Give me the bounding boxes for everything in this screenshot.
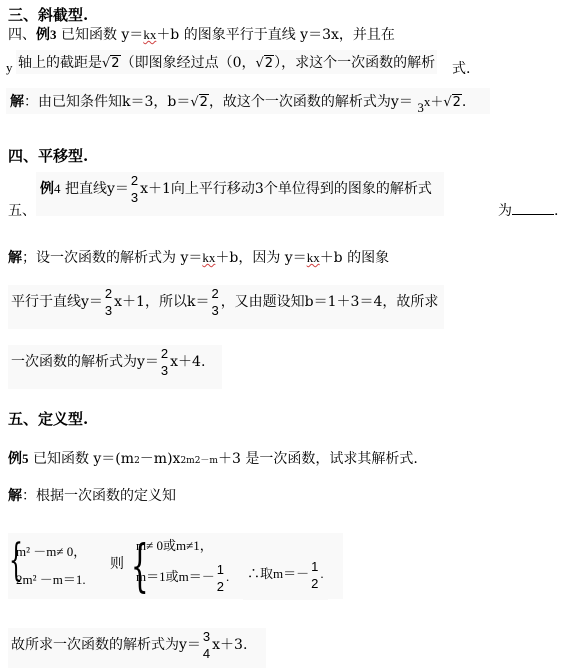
- numerator: 2: [105, 287, 112, 302]
- numerator: 2: [131, 174, 138, 189]
- sqrt-symbol: √2: [190, 94, 209, 110]
- kx: kx: [307, 250, 320, 265]
- numerator: 1: [311, 560, 318, 575]
- sqrt-symbol: √2: [443, 94, 462, 110]
- solution-label: 解: [10, 94, 24, 110]
- text: ：根据一次函数的定义知: [22, 488, 176, 504]
- text: （即图象经过点（0，: [121, 55, 256, 71]
- system2-line2: m＝1或m＝－12.: [136, 563, 229, 593]
- text: x＋1向上平行移动3个单位得到的图象的解析式: [140, 181, 432, 197]
- solution-label: 解: [8, 250, 22, 266]
- text: ＋b 的图象平行于直线 y＝3x，并且在: [156, 27, 395, 43]
- example-4-question: 例4 把直线y＝23x＋1向上平行移动3个单位得到的图象的解析式: [36, 172, 444, 216]
- sqrt-symbol: √2: [102, 55, 121, 71]
- prefix: 四、: [8, 27, 36, 43]
- text: .: [462, 94, 466, 110]
- text: 已知函数 y＝: [61, 27, 143, 43]
- system2-line1: m≠ 0或m≠1，: [136, 535, 213, 554]
- answer-blank[interactable]: [512, 202, 554, 215]
- denominator: 3: [131, 189, 138, 204]
- numerator: 3: [203, 630, 210, 645]
- fraction: 34: [203, 630, 210, 660]
- example-5-question: 例5 已知函数 y＝(m2－m)x2m2－m＋3 是一次函数，试求其解析式.: [8, 448, 418, 468]
- text: ＋3 是一次函数，试求其解析式.: [218, 451, 418, 467]
- fraction: 23: [131, 174, 138, 204]
- example-label: 例: [40, 181, 54, 197]
- text: 一次函数的解析式为y＝: [11, 354, 159, 370]
- text: 把直线y＝: [65, 181, 129, 197]
- section-4-heading: 四、平移型.: [8, 145, 88, 166]
- numerator: 2: [211, 287, 218, 302]
- section-5-heading: 五、定义型.: [8, 408, 88, 429]
- system1-line2: 2m² －m＝1.: [16, 569, 86, 588]
- example-4-solution-line1: 解；设一次函数的解析式为 y＝kx＋b，因为 y＝kx＋b 的图象: [8, 247, 389, 267]
- text: .: [226, 569, 229, 584]
- fraction: 12: [217, 563, 224, 593]
- text: ：由已知条件知k＝3，b＝: [24, 94, 190, 110]
- exponent: 2m2－m: [180, 456, 218, 466]
- therefore-statement: ∴取m＝－12.: [243, 560, 328, 600]
- numerator: 2: [161, 347, 168, 362]
- denominator: 3: [161, 362, 168, 377]
- text: ），求这个一次函数的解析: [274, 55, 435, 71]
- text: 故所求一次函数的解析式为y＝: [11, 637, 201, 653]
- solution-label: 解: [8, 488, 22, 504]
- prefix: 五、: [8, 200, 36, 220]
- text: 平行于直线y＝: [11, 294, 103, 310]
- example-3-line2: 轴上的截距是√2（即图象经过点（0，√2），求这个一次函数的解析: [16, 50, 437, 74]
- example-3-line1: 四、例3 已知函数 y＝kx＋b 的图象平行于直线 y＝3x，并且在: [8, 24, 395, 44]
- text: ＋b，因为 y＝: [215, 250, 306, 266]
- text: x＋1，所以k＝: [114, 294, 209, 310]
- text: ∴取m＝－: [247, 566, 309, 581]
- text: 式.: [452, 58, 470, 78]
- radicand: 2: [264, 55, 274, 71]
- denominator: 4: [203, 645, 210, 660]
- numerator: 1: [217, 563, 224, 578]
- fraction: 12: [311, 560, 318, 590]
- denominator: 2: [311, 575, 318, 590]
- y-char: y: [6, 60, 13, 76]
- text: .: [554, 203, 558, 219]
- denominator: 2: [217, 578, 224, 593]
- example-4-solution-line2: 平行于直线y＝23x＋1，所以k＝23，又由题设知b＝1＋3＝4，故所求: [8, 285, 444, 329]
- fraction: 23: [161, 347, 168, 377]
- text: －m)x: [140, 451, 181, 467]
- text: .: [320, 566, 323, 581]
- kx: kx: [143, 27, 156, 42]
- subscript: 3: [417, 100, 424, 115]
- text: 轴上的截距是: [18, 55, 102, 71]
- sqrt-symbol: √2: [256, 55, 275, 71]
- answer-blank-line: 为.: [498, 200, 558, 220]
- kx: kx: [202, 250, 215, 265]
- text: 为: [498, 203, 512, 219]
- section-3-heading: 三、斜截型.: [8, 4, 88, 25]
- radicand: 2: [452, 94, 462, 110]
- example-5-solution-intro: 解：根据一次函数的定义知: [8, 485, 176, 505]
- text: ，故这个一次函数的解析式为y＝: [209, 94, 413, 110]
- text: 已知函数 y＝(m: [33, 451, 134, 467]
- radicand: 2: [199, 94, 209, 110]
- example-4-solution-line3: 一次函数的解析式为y＝23x＋4.: [8, 345, 222, 389]
- text: ，又由题设知b＝1＋3＝4，故所求: [221, 294, 439, 310]
- denominator: 3: [211, 302, 218, 317]
- example-label: 例: [36, 27, 50, 43]
- text: x＋: [424, 94, 444, 109]
- text: ＋b 的图象: [320, 250, 389, 266]
- fraction: 23: [105, 287, 112, 317]
- example-number: 4: [54, 181, 61, 196]
- text: x＋3.: [212, 637, 247, 653]
- denominator: 3: [105, 302, 112, 317]
- radicand: 2: [110, 55, 120, 71]
- system1-line1: m² －m≠ 0，: [16, 541, 86, 560]
- example-number: 3: [50, 27, 57, 42]
- final-answer: 故所求一次函数的解析式为y＝34x＋3.: [8, 628, 266, 668]
- example-3-solution: 解：由已知条件知k＝3，b＝√2，故这个一次函数的解析式为y＝ 3x＋√2.: [6, 88, 490, 114]
- example-number: 5: [22, 451, 29, 466]
- text: x＋4.: [170, 354, 205, 370]
- text: m＝1或m＝－: [136, 569, 215, 584]
- then-label: 则: [110, 553, 124, 573]
- example-label: 例: [8, 451, 22, 467]
- text: ；设一次函数的解析式为 y＝: [22, 250, 202, 266]
- fraction: 23: [211, 287, 218, 317]
